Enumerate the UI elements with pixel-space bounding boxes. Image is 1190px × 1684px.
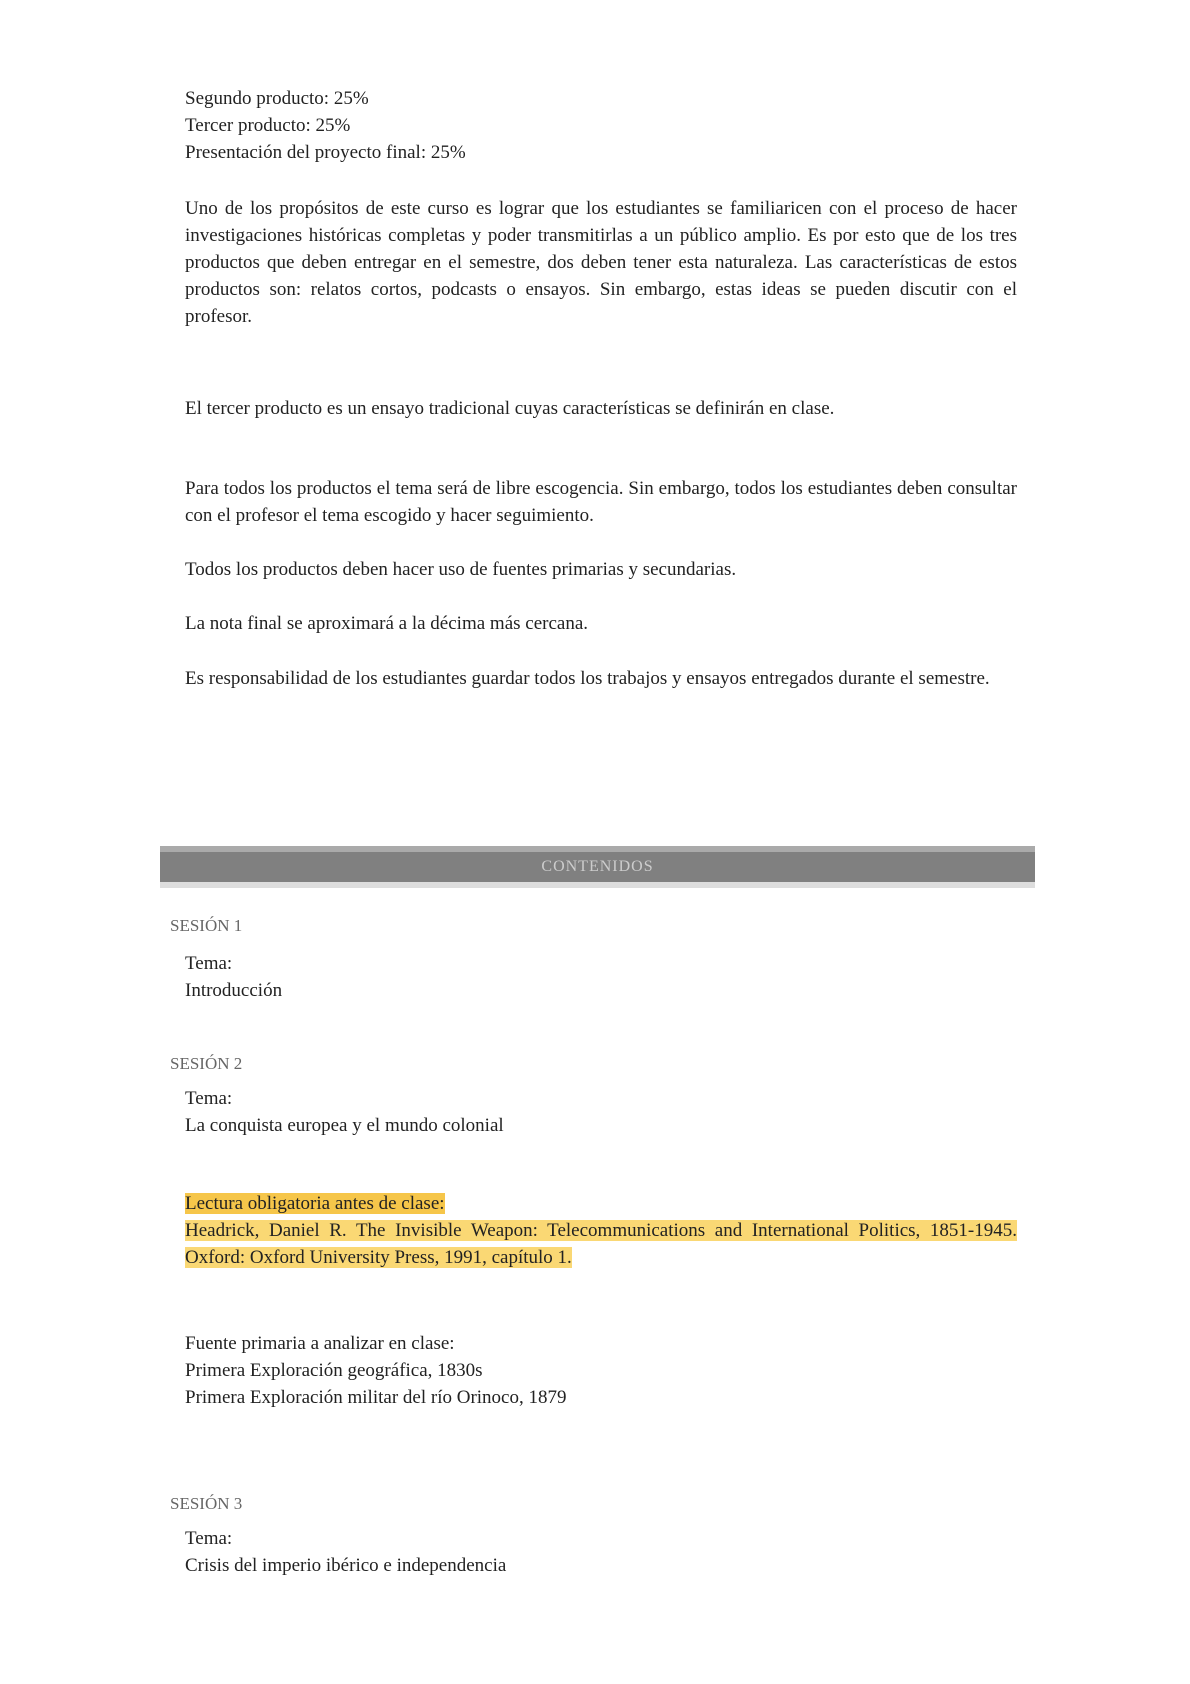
paragraph: El tercer producto es un ensayo tradicio… — [185, 395, 1017, 422]
evaluation-item: Presentación del proyecto final: 25% — [185, 139, 1017, 166]
tema-label: Tema: — [185, 950, 1017, 977]
paragraph: Uno de los propósitos de este curso es l… — [185, 195, 1017, 330]
tema-label: Tema: — [185, 1525, 1017, 1552]
primary-sources: Fuente primaria a analizar en clase: Pri… — [185, 1330, 1017, 1411]
evaluation-item: Segundo producto: 25% — [185, 85, 1017, 112]
paragraph: La nota final se aproximará a la décima … — [185, 610, 1017, 637]
document-page: Segundo producto: 25% Tercer producto: 2… — [0, 0, 1190, 1684]
paragraph: Para todos los productos el tema será de… — [185, 475, 1017, 529]
tema-value: La conquista europea y el mundo colonial — [185, 1112, 1017, 1139]
source-item: Primera Exploración militar del río Orin… — [185, 1384, 1017, 1411]
tema-value: Introducción — [185, 977, 1017, 1004]
paragraph: Todos los productos deben hacer uso de f… — [185, 556, 1017, 583]
tema-value: Crisis del imperio ibérico e independenc… — [185, 1552, 1017, 1579]
required-reading: Lectura obligatoria antes de clase: Head… — [185, 1190, 1017, 1271]
tema-label: Tema: — [185, 1085, 1017, 1112]
reading-label: Lectura obligatoria antes de clase: — [185, 1193, 445, 1214]
session-topic: Tema: Crisis del imperio ibérico e indep… — [185, 1525, 1017, 1579]
paragraph: Es responsabilidad de los estudiantes gu… — [185, 665, 1017, 692]
section-header: CONTENIDOS — [160, 846, 1035, 888]
evaluation-item: Tercer producto: 25% — [185, 112, 1017, 139]
session-topic: Tema: Introducción — [185, 950, 1017, 1004]
session-label: SESIÓN 1 — [170, 912, 242, 939]
reading-citation: Headrick, Daniel R. The Invisible Weapon… — [185, 1220, 1017, 1268]
session-label: SESIÓN 3 — [170, 1490, 242, 1517]
session-topic: Tema: La conquista europea y el mundo co… — [185, 1085, 1017, 1139]
evaluation-list: Segundo producto: 25% Tercer producto: 2… — [185, 85, 1017, 166]
source-item: Fuente primaria a analizar en clase: — [185, 1330, 1017, 1357]
session-label: SESIÓN 2 — [170, 1050, 242, 1077]
source-item: Primera Exploración geográfica, 1830s — [185, 1357, 1017, 1384]
